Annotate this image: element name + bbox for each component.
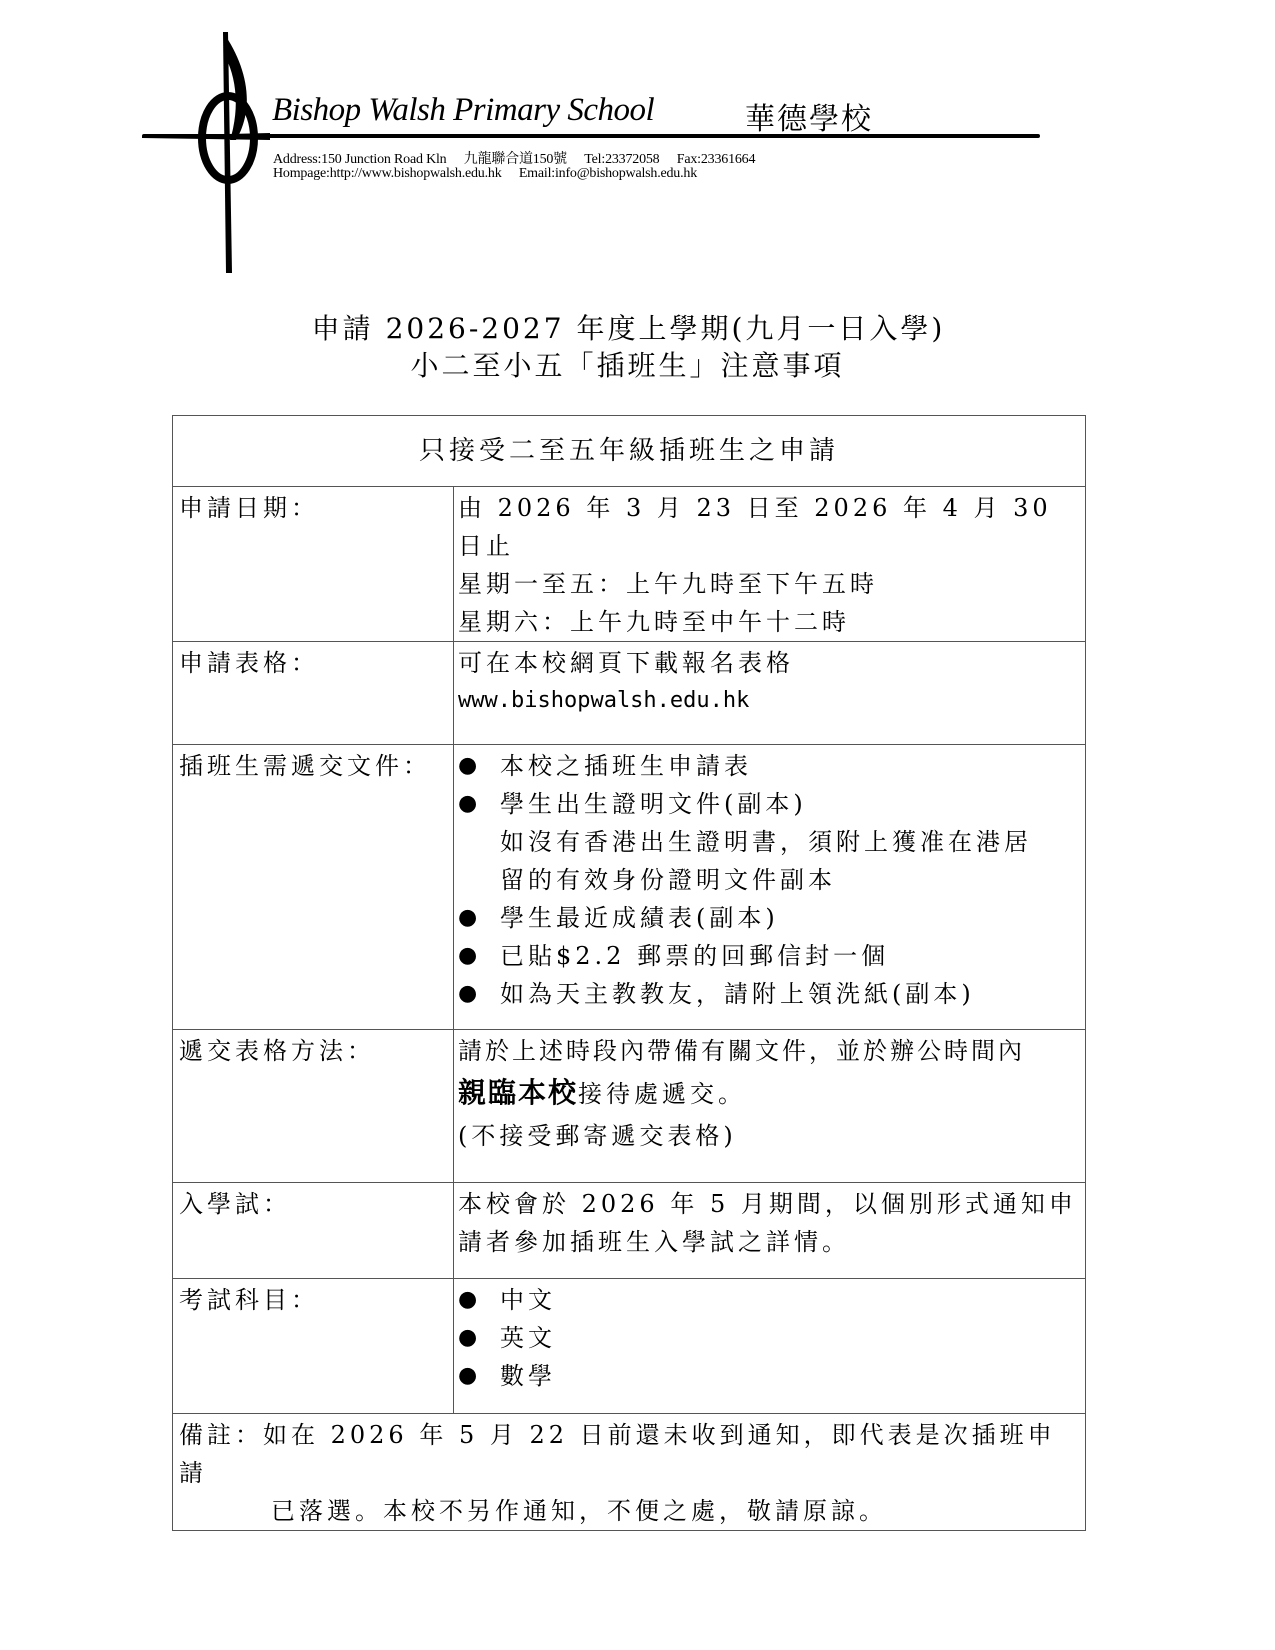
school-name-zh: 華德學校 bbox=[745, 94, 873, 138]
exam-notice-line: 請者參加插班生入學試之詳情。 bbox=[458, 1223, 1085, 1261]
list-item: ● 學生最近成績表(副本) bbox=[458, 899, 1085, 937]
bullet-icon: ● bbox=[458, 899, 500, 937]
fax: Fax:23361664 bbox=[677, 152, 756, 167]
table-row-application-dates: 申請日期： 由 2026 年 3 月 23 日至 2026 年 4 月 30 日… bbox=[173, 487, 1086, 642]
row-value: ● 中文 ● 英文 ● 數學 bbox=[454, 1279, 1086, 1414]
row-value: 由 2026 年 3 月 23 日至 2026 年 4 月 30 日止 星期一至… bbox=[454, 487, 1086, 642]
table-row-submission-method: 遞交表格方法： 請於上述時段內帶備有關文件，並於辦公時間內 親臨本校接待處遞交。… bbox=[173, 1030, 1086, 1183]
download-instruction: 可在本校網頁下載報名表格 bbox=[458, 644, 1085, 682]
address: Address:150 Junction Road Kln bbox=[273, 152, 446, 167]
website-link[interactable]: www.bishopwalsh.edu.hk bbox=[458, 682, 1085, 720]
row-label: 入學試： bbox=[173, 1183, 454, 1279]
bullet-icon: ● bbox=[458, 747, 500, 785]
list-item: ● 英文 bbox=[458, 1319, 1085, 1357]
row-value: ● 本校之插班生申請表 ● 學生出生證明文件(副本) 如沒有香港出生證明書，須附… bbox=[454, 745, 1086, 1030]
list-item: ● 中文 bbox=[458, 1281, 1085, 1319]
telephone: Tel:23372058 bbox=[584, 152, 659, 167]
homepage-link[interactable]: Hompage:http://www.bishopwalsh.edu.hk bbox=[273, 166, 502, 181]
table-row-required-documents: 插班生需遞交文件： ● 本校之插班生申請表 ● 學生出生證明文件(副本) 如沒有… bbox=[173, 745, 1086, 1030]
contact-line-address: Address:150 Junction Road Kln 九龍聯合道150號 … bbox=[273, 148, 755, 168]
row-label: 申請表格： bbox=[173, 642, 454, 745]
table-header: 只接受二至五年級插班生之申請 bbox=[173, 416, 1086, 487]
row-label: 考試科目： bbox=[173, 1279, 454, 1414]
table-row-notes: 備註：如在 2026 年 5 月 22 日前還未收到通知，即代表是次插班申請 已… bbox=[173, 1414, 1086, 1531]
school-name-en: Bishop Walsh Primary School bbox=[272, 92, 654, 129]
bullet-icon: ● bbox=[458, 785, 500, 823]
contact-line-web: Hompage:http://www.bishopwalsh.edu.hk Em… bbox=[273, 166, 697, 182]
row-value: 請於上述時段內帶備有關文件，並於辦公時間內 親臨本校接待處遞交。 (不接受郵寄遞… bbox=[454, 1030, 1086, 1183]
exam-notice-line: 本校會於 2026 年 5 月期間，以個別形式通知申 bbox=[458, 1185, 1085, 1223]
notes-line2: 已落選。本校不另作通知，不便之處，敬請原諒。 bbox=[179, 1492, 1075, 1530]
submission-in-person: 親臨本校接待處遞交。 bbox=[458, 1070, 1085, 1117]
cross-circle-logo-icon bbox=[140, 28, 270, 278]
notes-cell: 備註：如在 2026 年 5 月 22 日前還未收到通知，即代表是次插班申請 已… bbox=[173, 1414, 1086, 1531]
list-item: ● 本校之插班生申請表 bbox=[458, 747, 1085, 785]
document-title-line1: 申請 2026-2027 年度上學期(九月一日入學) bbox=[0, 307, 1266, 347]
letterhead: Bishop Walsh Primary School 華德學校 Address… bbox=[0, 0, 1275, 290]
document-title-line2: 小二至小五「插班生」注意事項 bbox=[0, 344, 1265, 384]
list-item: ● 如為天主教教友，請附上領洗紙(副本) bbox=[458, 975, 1085, 1013]
submission-instruction: 請於上述時段內帶備有關文件，並於辦公時間內 bbox=[458, 1032, 1085, 1070]
bullet-icon: ● bbox=[458, 937, 500, 975]
row-value: 可在本校網頁下載報名表格 www.bishopwalsh.edu.hk bbox=[454, 642, 1086, 745]
table-row-exam-subjects: 考試科目： ● 中文 ● 英文 ● 數學 bbox=[173, 1279, 1086, 1414]
header-rule bbox=[142, 134, 1040, 138]
list-item-note: 留的有效身份證明文件副本 bbox=[458, 861, 1085, 899]
saturday-hours: 星期六：上午九時至中午十二時 bbox=[458, 603, 1085, 641]
weekday-hours: 星期一至五：上午九時至下午五時 bbox=[458, 565, 1085, 603]
notes-line1: 備註：如在 2026 年 5 月 22 日前還未收到通知，即代表是次插班申請 bbox=[179, 1416, 1075, 1492]
bullet-icon: ● bbox=[458, 1357, 500, 1395]
address-zh: 九龍聯合道150號 bbox=[464, 152, 567, 167]
row-label: 申請日期： bbox=[173, 487, 454, 642]
admission-notice-table: 只接受二至五年級插班生之申請 申請日期： 由 2026 年 3 月 23 日至 … bbox=[172, 415, 1086, 1531]
table-row-entrance-exam: 入學試： 本校會於 2026 年 5 月期間，以個別形式通知申 請者參加插班生入… bbox=[173, 1183, 1086, 1279]
list-item: ● 數學 bbox=[458, 1357, 1085, 1395]
table-row-application-form: 申請表格： 可在本校網頁下載報名表格 www.bishopwalsh.edu.h… bbox=[173, 642, 1086, 745]
row-label: 插班生需遞交文件： bbox=[173, 745, 454, 1030]
list-item: ● 已貼$2.2 郵票的回郵信封一個 bbox=[458, 937, 1085, 975]
row-label: 遞交表格方法： bbox=[173, 1030, 454, 1183]
bullet-icon: ● bbox=[458, 1319, 500, 1357]
list-item-note: 如沒有香港出生證明書，須附上獲准在港居 bbox=[458, 823, 1085, 861]
date-range: 由 2026 年 3 月 23 日至 2026 年 4 月 30 日止 bbox=[458, 489, 1085, 565]
no-mail-note: (不接受郵寄遞交表格) bbox=[458, 1117, 1085, 1155]
row-value: 本校會於 2026 年 5 月期間，以個別形式通知申 請者參加插班生入學試之詳情… bbox=[454, 1183, 1086, 1279]
bullet-icon: ● bbox=[458, 1281, 500, 1319]
email-link[interactable]: Email:info@bishopwalsh.edu.hk bbox=[519, 166, 697, 181]
list-item: ● 學生出生證明文件(副本) bbox=[458, 785, 1085, 823]
bullet-icon: ● bbox=[458, 975, 500, 1013]
in-person-emphasis: 親臨本校 bbox=[458, 1076, 578, 1109]
